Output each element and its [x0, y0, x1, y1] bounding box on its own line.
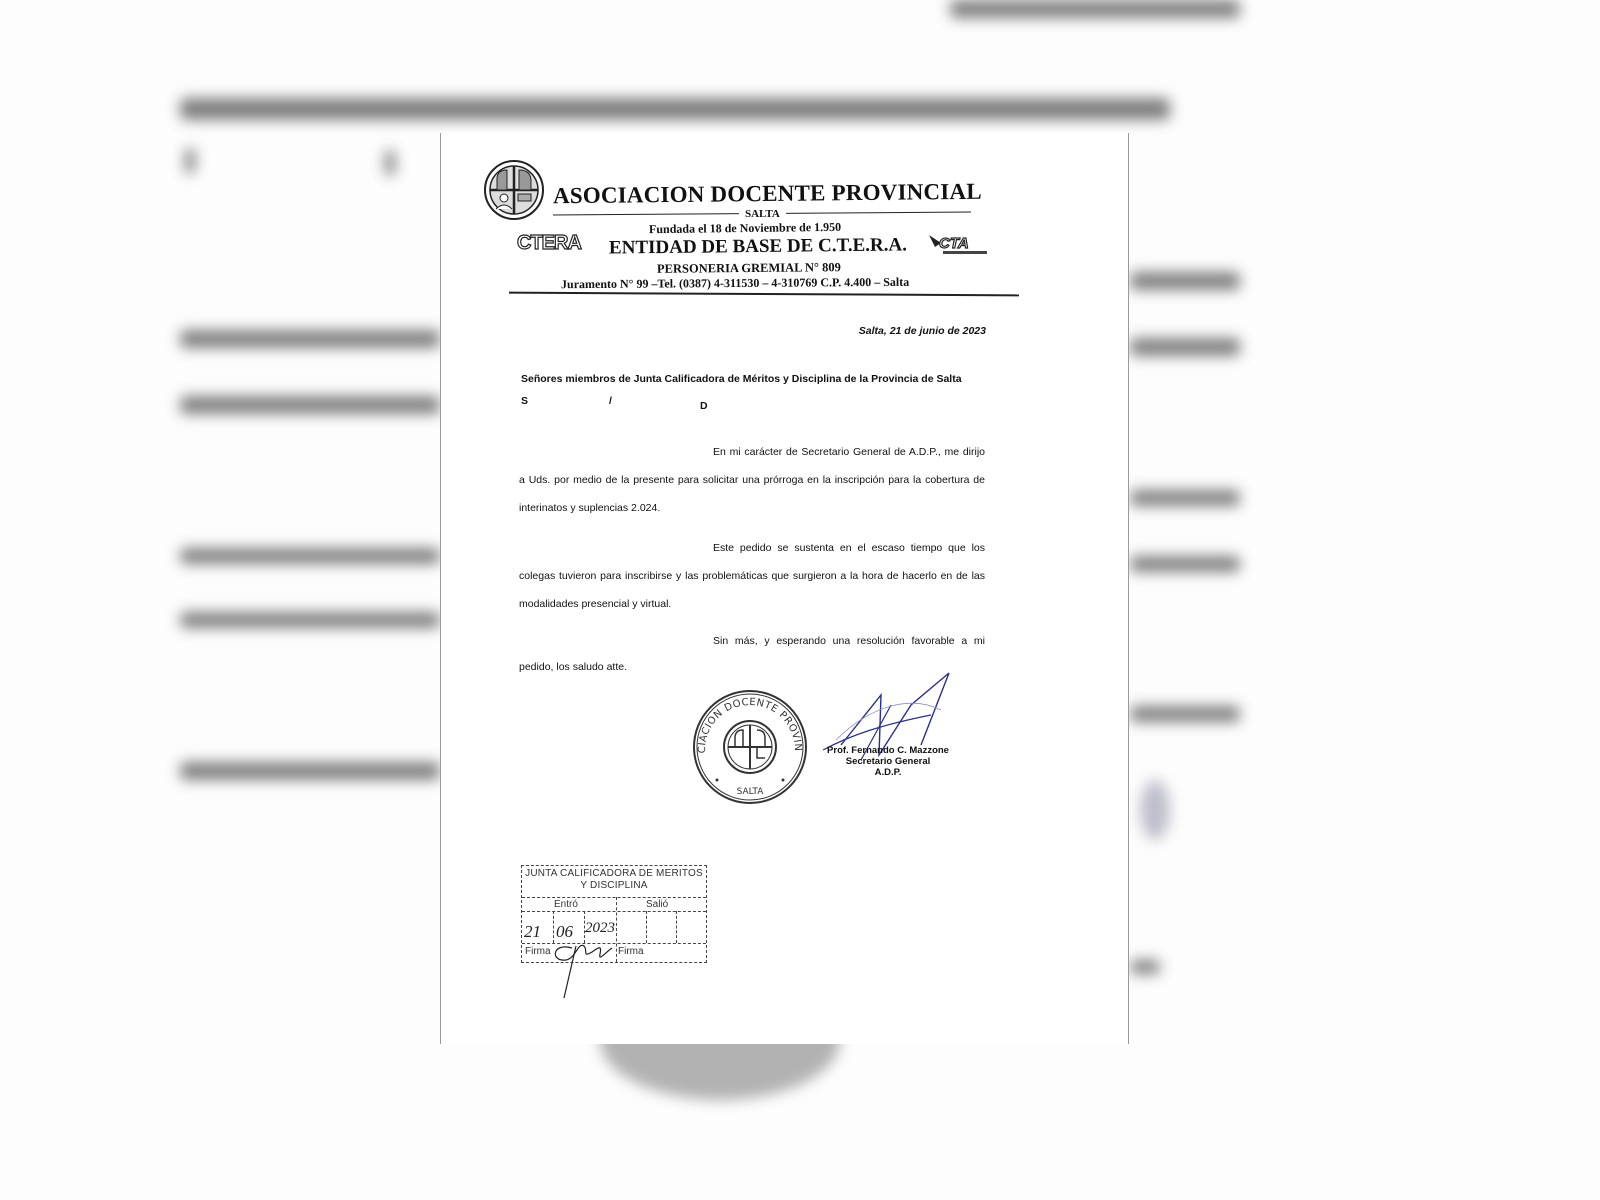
paragraph-2: Este pedido se sustenta en el escaso tie…: [519, 534, 985, 618]
stamp-title: JUNTA CALIFICADORA DE MERITOS Y DISCIPLI…: [522, 866, 706, 892]
recipient-line: Señores miembros de Junta Calificadora d…: [521, 373, 962, 385]
entry-label: Entró: [554, 899, 578, 910]
signatory-org: A.D.P.: [823, 767, 953, 778]
letterhead: ASOCIACION DOCENTE PROVINCIAL SALTA Fund…: [481, 157, 1021, 292]
signatory-name: Prof. Fernando C. Mazzone: [823, 745, 953, 756]
cta-logo-icon: CTA: [927, 231, 993, 257]
svg-text:CTA: CTA: [939, 235, 969, 252]
exit-label: Salió: [646, 899, 668, 910]
province-label: SALTA: [739, 208, 786, 220]
received-stamp: JUNTA CALIFICADORA DE MERITOS Y DISCIPLI…: [521, 865, 707, 963]
address-line: Juramento N° 99 –Tel. (0387) 4-311530 – …: [561, 275, 909, 292]
receiver-signature: [542, 926, 622, 1006]
paragraph-1: En mi carácter de Secretario General de …: [519, 438, 985, 522]
official-seal-icon: ASOCIACION DOCENTE PROVINCIAL SALTA: [691, 688, 809, 806]
base-entity-line: ENTIDAD DE BASE DE C.T.E.R.A.: [609, 234, 907, 259]
adp-emblem-icon: [483, 159, 545, 221]
signatory-title: Secretario General: [823, 756, 953, 767]
sd-d: D: [700, 400, 708, 412]
signatory-block: Prof. Fernando C. Mazzone Secretario Gen…: [823, 745, 953, 778]
personeria-line: PERSONERIA GREMIAL N° 809: [657, 260, 841, 277]
sd-slash: /: [609, 395, 612, 407]
sd-s: S: [521, 395, 528, 407]
ctera-logo-icon: CTERA: [517, 232, 581, 255]
letter-date: Salta, 21 de junio de 2023: [859, 325, 986, 337]
organization-name: ASOCIACION DOCENTE PROVINCIAL: [553, 179, 982, 209]
letter-page: ASOCIACION DOCENTE PROVINCIAL SALTA Fund…: [440, 133, 1129, 1044]
entry-day: 21: [524, 922, 541, 942]
divider: [509, 292, 1019, 296]
svg-text:SALTA: SALTA: [737, 787, 765, 797]
